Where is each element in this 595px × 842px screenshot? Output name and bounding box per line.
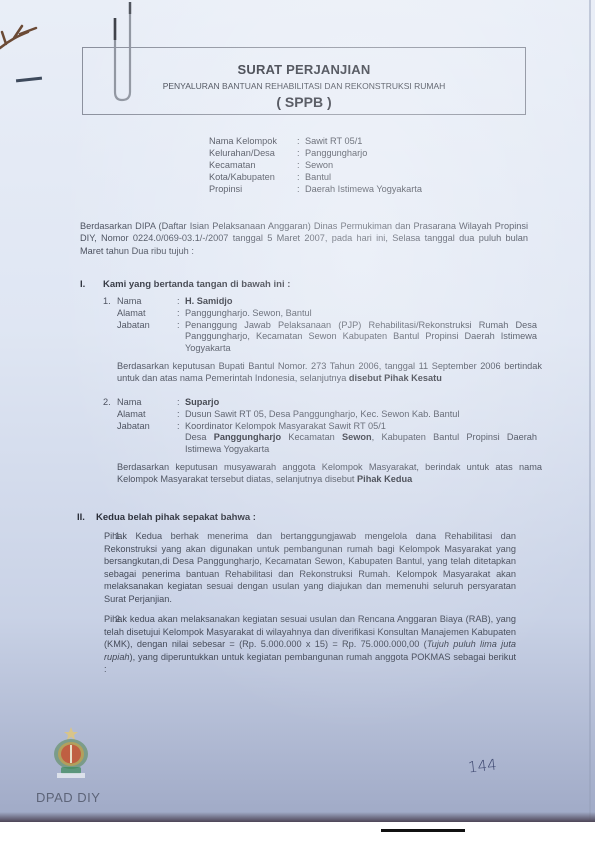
agreement-item-2: 2. Pihak kedua akan melaksanakan kegiata… <box>115 613 560 683</box>
info-value: Sewon <box>305 159 333 171</box>
party-1-position: Penanggung Jawab Pelaksanaan (PJP) Rehab… <box>185 320 537 355</box>
footer-line <box>381 829 465 832</box>
watermark: DPAD DIY <box>36 790 100 805</box>
info-row: Kota/Kabupaten : Bantul <box>209 171 422 183</box>
group-info-table: Nama Kelompok : Sawit RT 05/1 Kelurahan/… <box>209 135 422 195</box>
info-row: Kecamatan : Sewon <box>209 159 422 171</box>
party-2-name: Suparjo <box>185 397 537 409</box>
document-code: ( SPPB ) <box>83 94 525 110</box>
info-value: Sawit RT 05/1 <box>305 135 362 147</box>
dpad-emblem-icon <box>50 727 92 779</box>
info-row: Kelurahan/Desa : Panggungharjo <box>209 147 422 159</box>
party-2: 2. Nama : Suparjo Alamat : Dusun Sawit R… <box>103 397 537 456</box>
info-label: Nama Kelompok <box>209 135 297 147</box>
photo-bottom-shadow <box>0 812 595 822</box>
document-title: SURAT PERJANJIAN <box>83 62 525 77</box>
info-value: Bantul <box>305 171 331 183</box>
info-label: Propinsi <box>209 183 297 195</box>
agreement-item-1: 1. Pihak Kedua berhak menerima dan berta… <box>115 530 560 610</box>
twig-icon <box>0 18 45 58</box>
document-subtitle: PENYALURAN BANTUAN REHABILITASI DAN REKO… <box>83 81 525 91</box>
party-2-address: Dusun Sawit RT 05, Desa Panggungharjo, K… <box>185 409 537 421</box>
title-box: SURAT PERJANJIAN PENYALURAN BANTUAN REHA… <box>82 47 526 115</box>
party-2-basis: Berdasarkan keputusan musyawarah anggota… <box>117 462 542 486</box>
section-1-number: I. <box>80 279 85 290</box>
info-value: Panggungharjo <box>305 147 367 159</box>
party-1: 1. Nama : H. Samidjo Alamat : Panggungha… <box>103 296 537 355</box>
info-label: Kecamatan <box>209 159 297 171</box>
info-label: Kota/Kabupaten <box>209 171 297 183</box>
document-photo: SURAT PERJANJIAN PENYALURAN BANTUAN REHA… <box>0 0 595 822</box>
party-1-basis: Berdasarkan keputusan Bupati Bantul Nomo… <box>117 361 542 385</box>
intro-paragraph: Berdasarkan DIPA (Daftar Isian Pelaksana… <box>80 220 528 257</box>
party-1-name: H. Samidjo <box>185 296 537 308</box>
section-2-number: II. <box>77 512 85 523</box>
section-2-title: Kedua belah pihak sepakat bahwa : <box>96 512 256 523</box>
page-edge <box>589 0 591 822</box>
handwritten-page-number: 144 <box>467 756 497 777</box>
info-row: Nama Kelompok : Sawit RT 05/1 <box>209 135 422 147</box>
party-2-position: Koordinator Kelompok Masyarakat Sawit RT… <box>185 421 537 456</box>
info-row: Propinsi : Daerah Istimewa Yogyakarta <box>209 183 422 195</box>
info-label: Kelurahan/Desa <box>209 147 297 159</box>
section-1-title: Kami yang bertanda tangan di bawah ini : <box>103 279 290 290</box>
info-value: Daerah Istimewa Yogyakarta <box>305 183 422 195</box>
party-1-address: Panggungharjo. Sewon, Bantul <box>185 308 537 320</box>
pen-mark <box>16 77 42 83</box>
